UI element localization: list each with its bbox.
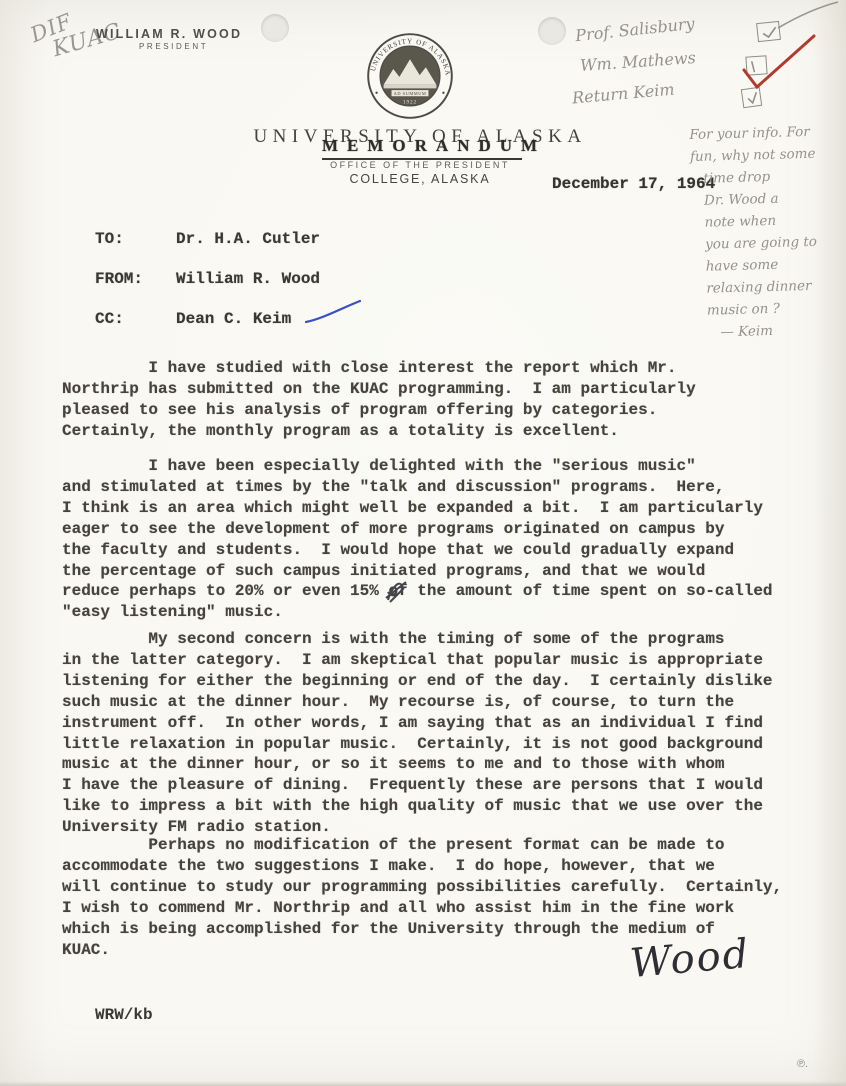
to-label: TO: [95,230,124,248]
checkmark-icon [742,88,763,109]
cc-label: CC: [95,310,124,328]
blue-pen-mark [306,301,360,322]
hole-punch-left [261,14,289,42]
routing-name-salisbury: Prof. Salisbury [574,14,695,45]
checkmark-icon [757,22,782,43]
body-paragraph-1: I have studied with close interest the r… [62,358,802,442]
to-value: Dr. H.A. Cutler [176,230,320,248]
from-value: William R. Wood [176,270,320,288]
checkmark-icon [746,56,768,76]
routing-checkbox-3 [741,87,762,108]
memorandum-stamp: MEMORANDUM [322,136,522,160]
hole-punch-right [538,17,566,45]
letterhead-location-line: COLLEGE, ALASKA [250,172,590,186]
routing-name-keim: Return Keim [571,80,675,108]
scanned-memo-page: DIF KUAC WILLIAM R. WOOD PRESIDENT AD SU… [0,0,846,1086]
svg-text:AD SUMMUM: AD SUMMUM [394,91,427,96]
routing-name-mathews: Wm. Mathews [579,48,696,75]
typist-initials: WRW/kb [95,1006,153,1024]
letterhead-office-line: OFFICE OF THE PRESIDENT [250,160,590,170]
pencil-line-to-corner [778,2,838,28]
margin-note-keim: For your info. For fun, why not some tim… [689,120,846,344]
from-label: FROM: [95,270,143,288]
letterhead-president-title: PRESIDENT [139,42,208,51]
university-seal-icon: AD SUMMUM 1922 UNIVERSITY OF ALASKA [366,32,454,120]
university-seal: AD SUMMUM 1922 UNIVERSITY OF ALASKA [366,32,454,125]
svg-text:1922: 1922 [403,100,417,106]
body-paragraph-3: My second concern is with the timing of … [62,629,802,838]
letterhead-president-name: WILLIAM R. WOOD [96,27,242,41]
routing-checkbox-1 [756,21,781,42]
cc-value: Dean C. Keim [176,310,291,328]
body-paragraph-2: I have been especially delighted with th… [62,456,802,623]
routing-checkbox-2 [745,55,767,75]
page-bottom-edge [0,1081,846,1086]
corner-print-mark: ℗. [797,1058,808,1070]
signature-wood: Wood [628,931,752,987]
